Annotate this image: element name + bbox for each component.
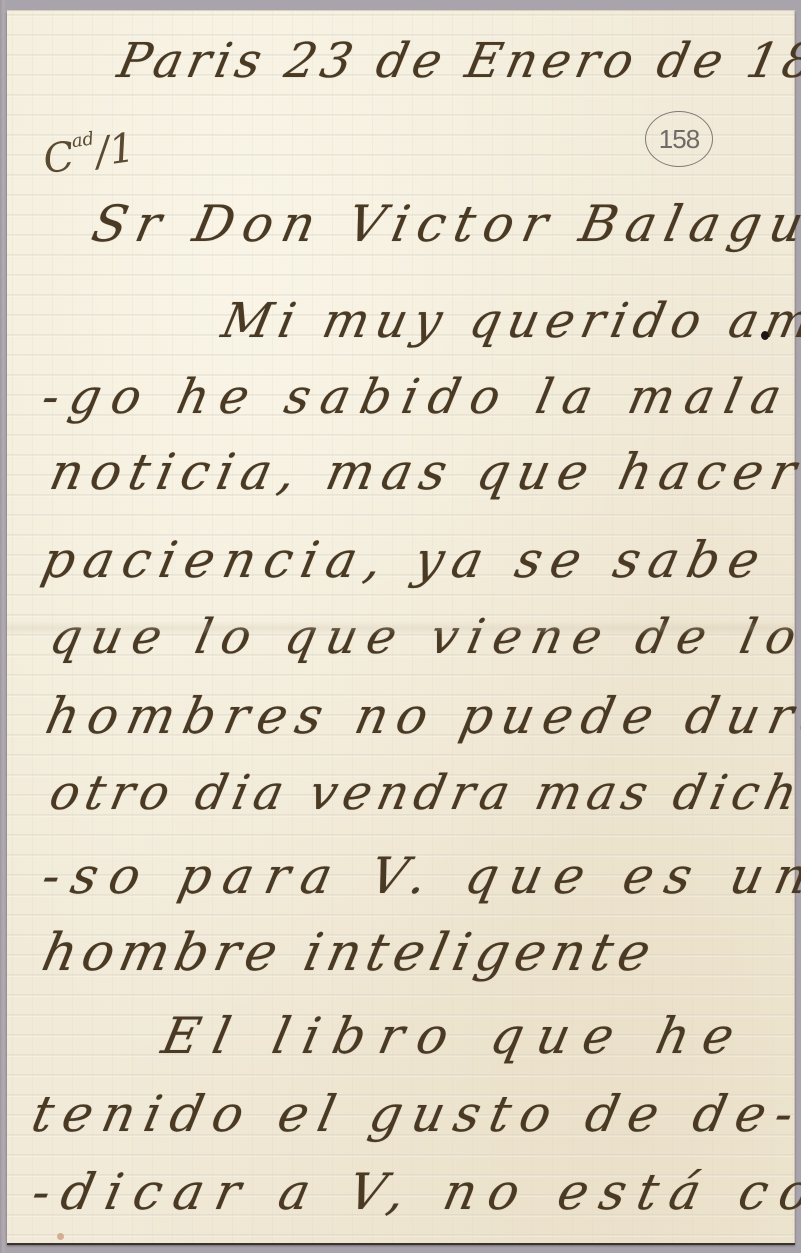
body-line-1: Mi muy querido ami-: [217, 293, 801, 349]
body-line-9: hombre inteligente: [37, 923, 662, 983]
body-line-5: que lo que viene de los: [45, 609, 801, 665]
archive-number: 158: [659, 124, 699, 155]
margin-folio-note: Cad/1: [40, 123, 138, 183]
body-line-11: tenido el gusto de de-: [27, 1085, 801, 1143]
archive-number-stamp: 158: [645, 111, 713, 167]
body-line-10: El libro que he: [157, 1007, 753, 1065]
paper-stain: [57, 1233, 64, 1240]
letter-page: Paris 23 de Enero de 1872 Cad/1 158 Sr D…: [7, 10, 795, 1243]
place-date-line: Paris 23 de Enero de 1872: [113, 33, 801, 89]
ink-dot: [761, 331, 769, 340]
letter-scan: Paris 23 de Enero de 1872 Cad/1 158 Sr D…: [0, 0, 801, 1253]
body-line-3: noticia, mas que hacer!: [45, 443, 801, 501]
body-line-4: paciencia, ya se sabe: [37, 531, 774, 589]
margin-note-number: /1: [93, 125, 138, 176]
body-line-6: hombres no puede durar: [41, 687, 801, 745]
body-line-2: -go he sabido la mala: [37, 369, 797, 425]
body-line-12: -dicar a V, no está con-: [27, 1163, 801, 1221]
body-line-8: -so para V. que es un: [37, 847, 801, 905]
salutation-line: Sr Don Victor Balaguer: [87, 195, 801, 253]
body-line-7: otro dia vendra mas dicho-: [45, 765, 801, 821]
margin-note-superscript: ad: [70, 128, 95, 152]
